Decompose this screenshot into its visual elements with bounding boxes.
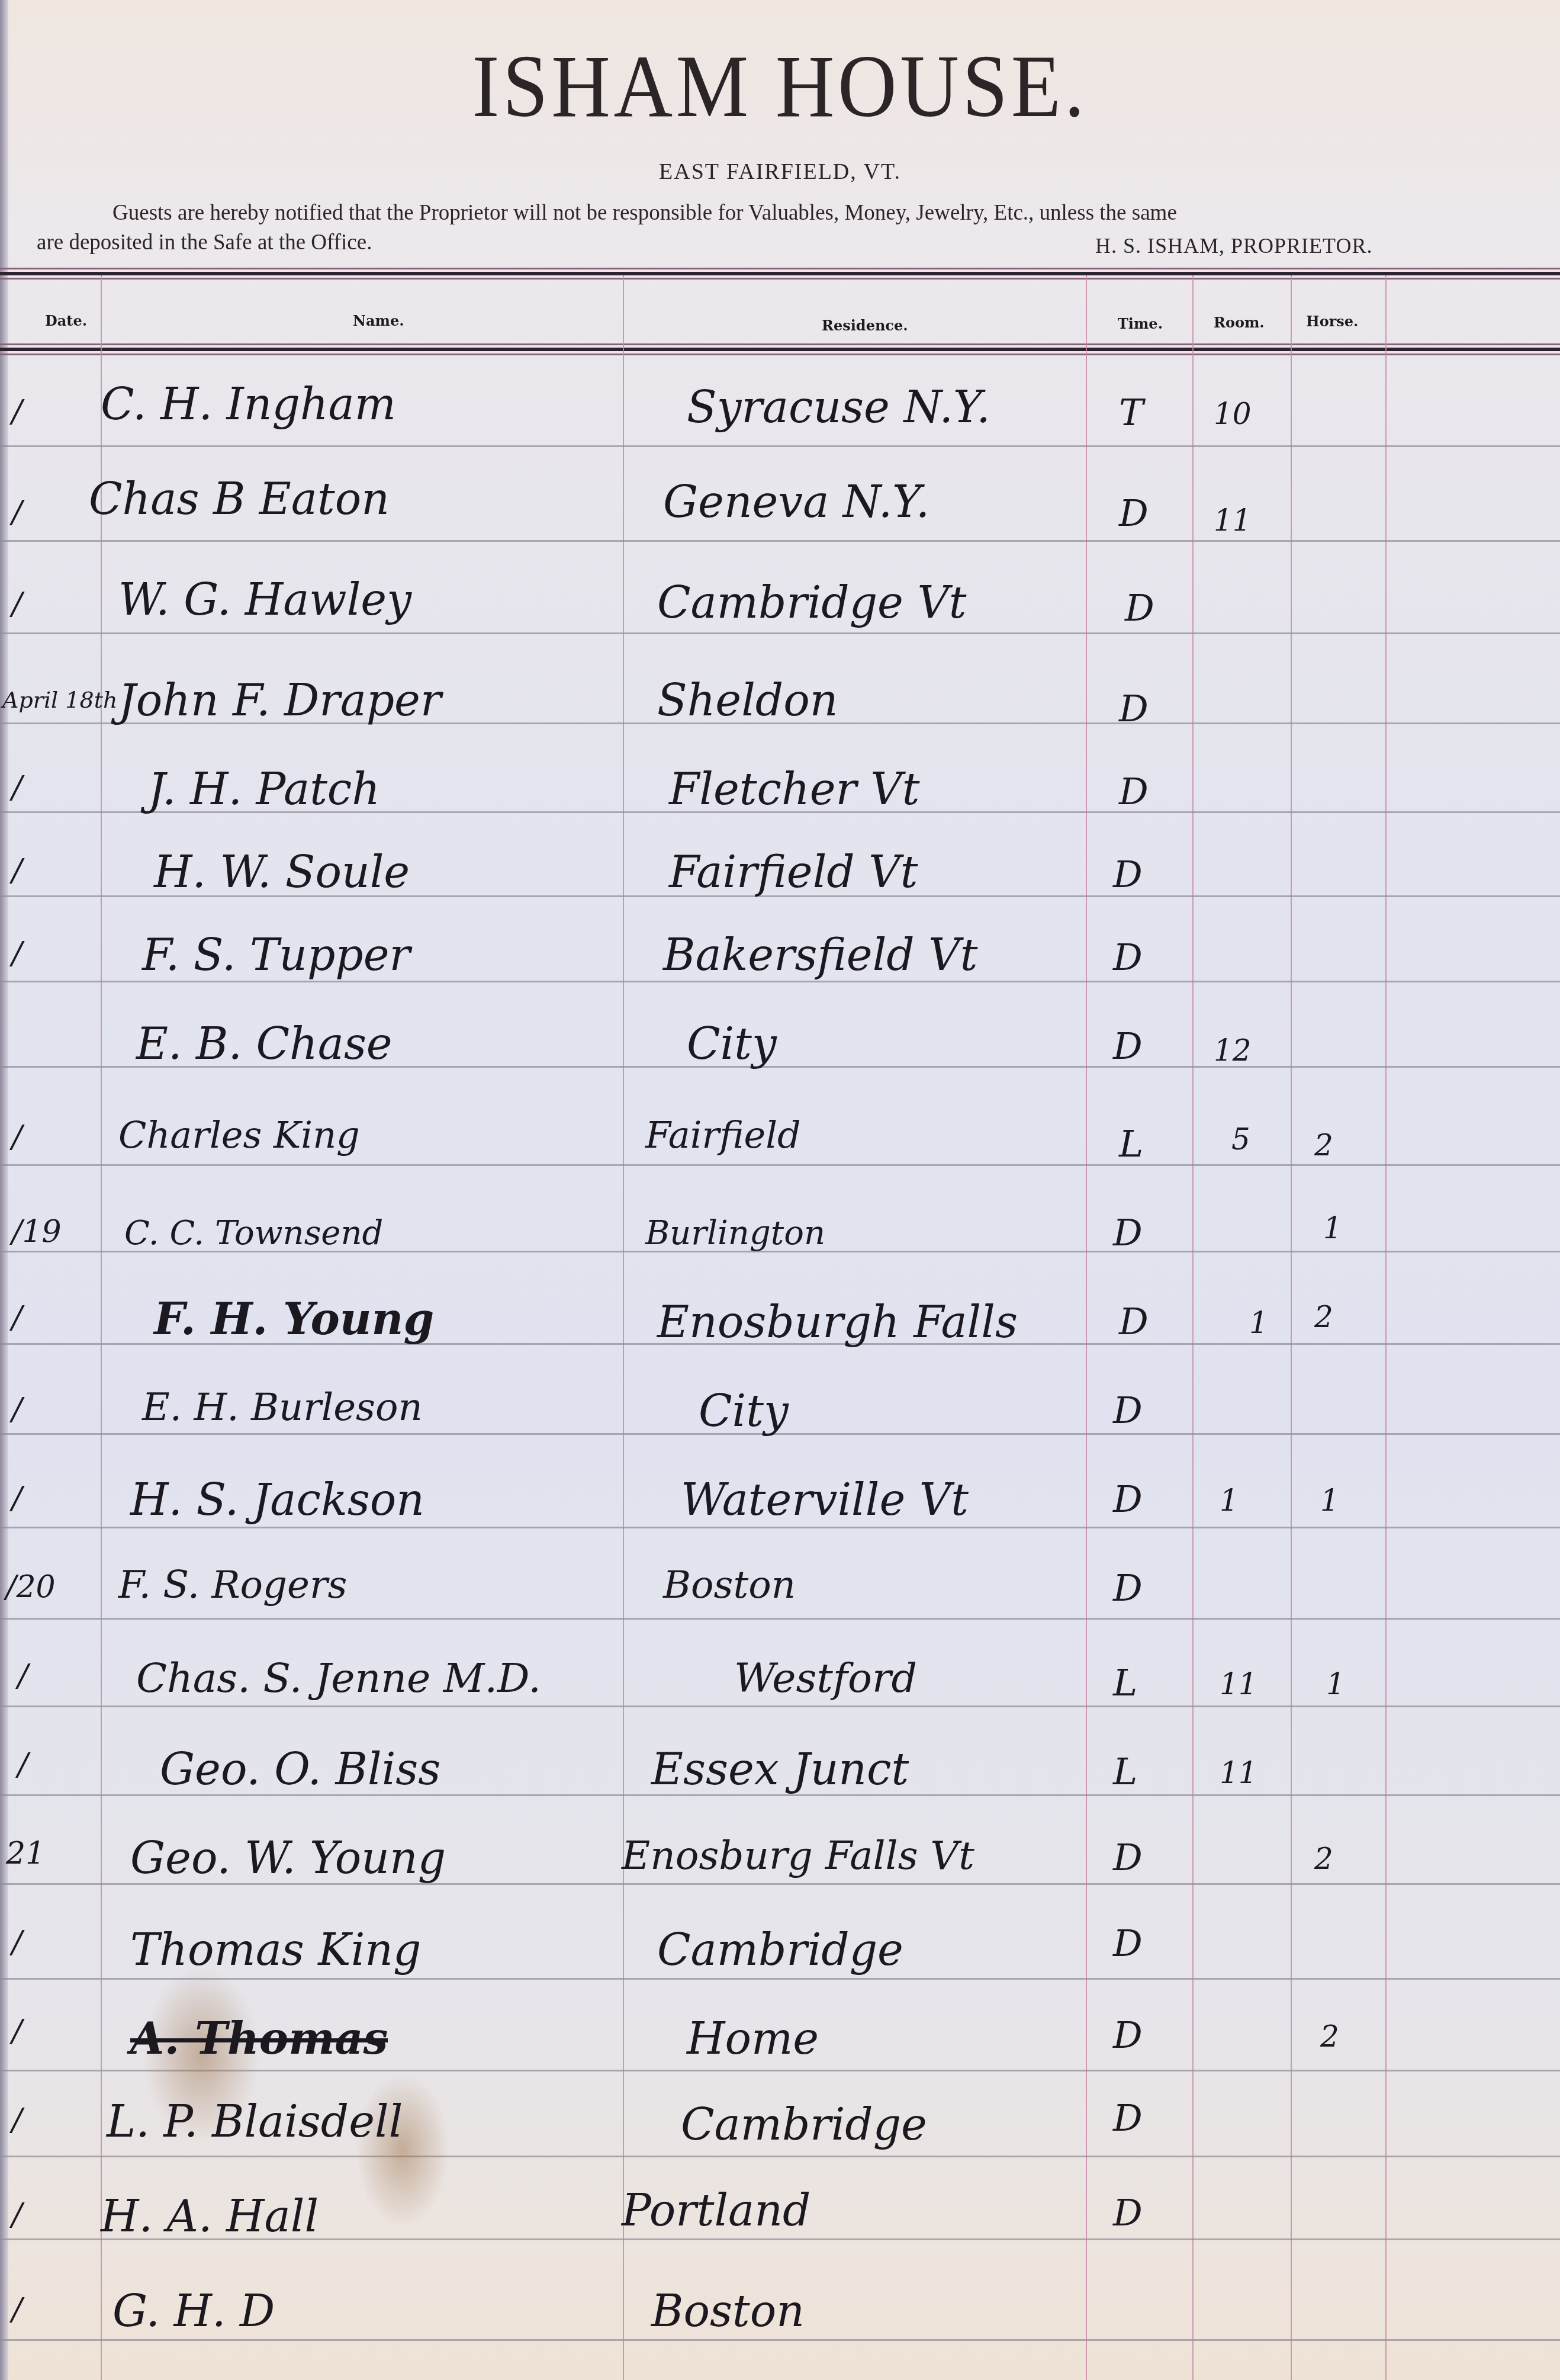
entry-name: C. H. Ingham xyxy=(101,379,396,430)
notice-line-2: are deposited in the Safe at the Office. xyxy=(37,230,372,255)
entry-date: / xyxy=(12,1119,22,1155)
column-divider xyxy=(1385,275,1387,2380)
entry-name: F. S. Rogers xyxy=(118,1563,347,1607)
entry-residence: Cambridge Vt xyxy=(657,577,967,628)
entry-residence: Cambridge xyxy=(681,2099,927,2150)
entry-time: D xyxy=(1113,1836,1143,1879)
entry-name: L. P. Blaisdell xyxy=(107,2096,403,2147)
entry-date: / xyxy=(12,2013,22,2049)
column-divider xyxy=(1291,275,1292,2380)
entry-date: / xyxy=(12,1480,22,1516)
entry-time: D xyxy=(1113,1389,1143,1432)
entry-room: 1 xyxy=(1220,1483,1239,1518)
entry-date: / xyxy=(12,1925,22,1960)
entry-time: D xyxy=(1113,1566,1143,1610)
entry-date: April 18th xyxy=(2,687,117,713)
entry-date: / xyxy=(12,853,22,888)
entry-time: D xyxy=(1113,853,1143,896)
entry-horse: 2 xyxy=(1320,2019,1339,2054)
entry-residence: Bakersfield Vt xyxy=(663,930,977,981)
entry-residence: Sheldon xyxy=(657,675,838,726)
entry-residence: Waterville Vt xyxy=(681,1475,969,1525)
entry-name: H. W. Soule xyxy=(154,847,410,898)
entry-time: D xyxy=(1113,936,1143,979)
column-header-time: Time. xyxy=(1118,315,1163,332)
water-stain xyxy=(355,2073,450,2227)
entry-name: W. G. Hawley xyxy=(118,574,411,625)
entry-time: L xyxy=(1113,1750,1137,1793)
proprietor-signature: H. S. ISHAM, PROPRIETOR. xyxy=(1095,233,1372,258)
entry-name: A. Thomas xyxy=(130,2013,388,2064)
column-header-date: Date. xyxy=(45,312,87,329)
entry-name: Chas. S. Jenne M.D. xyxy=(136,1655,541,1702)
entry-residence: Fairfield xyxy=(645,1113,801,1157)
book-binding-edge xyxy=(0,0,8,2380)
entry-residence: Geneva N.Y. xyxy=(663,477,929,528)
column-header-room: Room. xyxy=(1214,314,1265,331)
column-divider xyxy=(1192,275,1194,2380)
entry-name: Chas B Eaton xyxy=(89,474,390,525)
entry-date: / xyxy=(12,2102,22,2138)
entry-date: /19 xyxy=(12,1214,62,1250)
entry-name: E. H. Burleson xyxy=(142,1386,423,1430)
entry-name: H. A. Hall xyxy=(101,2191,319,2242)
entry-horse: 2 xyxy=(1314,1842,1333,1876)
entry-name: Geo. O. Bliss xyxy=(160,1744,440,1795)
entry-residence: City xyxy=(699,1386,789,1437)
entry-time: D xyxy=(1113,1478,1143,1521)
entry-time: D xyxy=(1113,1211,1143,1254)
column-header-residence: Residence. xyxy=(822,317,908,334)
entry-date: / xyxy=(12,1300,22,1335)
entry-date: / xyxy=(12,586,22,622)
entry-date: / xyxy=(12,494,22,530)
entry-date: / xyxy=(12,2197,22,2233)
entry-date: / xyxy=(12,936,22,971)
entry-residence: Syracuse N.Y. xyxy=(687,382,990,433)
entry-time: D xyxy=(1113,2191,1143,2234)
hotel-location: EAST FAIRFIELD, VT. xyxy=(0,159,1560,185)
entry-date: / xyxy=(12,770,22,805)
column-divider xyxy=(623,275,624,2380)
entry-time: D xyxy=(1113,2013,1143,2057)
entry-name: H. S. Jackson xyxy=(130,1475,424,1525)
entry-time: D xyxy=(1113,1024,1143,1068)
entry-horse: 1 xyxy=(1323,1211,1342,1245)
entry-residence: Cambridge xyxy=(657,1925,903,1976)
entry-residence: Boston xyxy=(651,2286,805,2337)
entry-date: / xyxy=(18,1658,28,1694)
hotel-title: ISHAM HOUSE. xyxy=(62,36,1497,137)
entry-room: 10 xyxy=(1214,397,1252,431)
entry-name: G. H. D xyxy=(112,2286,275,2337)
entry-time: L xyxy=(1119,1122,1143,1165)
entry-residence: City xyxy=(687,1019,777,1069)
entry-name: F. H. Young xyxy=(154,1294,434,1345)
register-page: ISHAM HOUSE. EAST FAIRFIELD, VT. Guests … xyxy=(0,0,1560,2380)
column-header-name: Name. xyxy=(353,312,404,329)
entry-time: L xyxy=(1113,1661,1137,1704)
entry-time: D xyxy=(1119,1300,1149,1343)
entry-residence: Fairfield Vt xyxy=(669,847,918,898)
notice-line-1: Guests are hereby notified that the Prop… xyxy=(112,200,1177,226)
entry-time: D xyxy=(1113,1922,1143,1965)
entry-name: Charles King xyxy=(118,1113,360,1157)
entry-horse: 2 xyxy=(1314,1300,1333,1334)
entry-room: 11 xyxy=(1220,1756,1257,1790)
entry-residence: Home xyxy=(687,2013,819,2064)
entry-name: C. C. Townsend xyxy=(124,1214,383,1252)
entry-room: 12 xyxy=(1214,1033,1252,1068)
entry-date: / xyxy=(12,394,22,429)
entry-time: D xyxy=(1119,687,1149,730)
entry-residence: Enosburg Falls Vt xyxy=(622,1833,974,1878)
entry-name: J. H. Patch xyxy=(148,764,380,815)
entry-residence: Enosburgh Falls xyxy=(657,1297,1018,1348)
entry-name: E. B. Chase xyxy=(136,1019,393,1069)
entry-name: John F. Draper xyxy=(118,675,441,726)
entry-name: Thomas King xyxy=(130,1925,421,1976)
column-divider xyxy=(101,275,102,2380)
entry-date: / xyxy=(18,1747,28,1782)
entry-residence: Portland xyxy=(622,2185,810,2236)
entry-time: D xyxy=(1125,586,1154,629)
entry-room: 11 xyxy=(1214,503,1252,538)
entry-date: 21 xyxy=(6,1836,45,1871)
entry-room: 1 xyxy=(1249,1306,1268,1340)
entry-residence: Fletcher Vt xyxy=(669,764,920,815)
header-top-rule xyxy=(0,268,1560,280)
entry-residence: Westford xyxy=(734,1655,917,1702)
entry-residence: Burlington xyxy=(645,1214,825,1252)
entry-horse: 2 xyxy=(1314,1128,1333,1162)
entry-time: T xyxy=(1119,391,1143,434)
entry-time: D xyxy=(1119,492,1149,535)
entry-date: / xyxy=(12,1392,22,1427)
entry-date: / xyxy=(12,2292,22,2327)
entry-date: /20 xyxy=(6,1569,56,1605)
entry-room: 5 xyxy=(1231,1122,1250,1157)
column-header-horse: Horse. xyxy=(1306,313,1358,330)
entry-time: D xyxy=(1119,770,1149,813)
entry-time: D xyxy=(1113,2096,1143,2140)
entry-name: F. S. Tupper xyxy=(142,930,410,981)
entry-room: 11 xyxy=(1220,1667,1257,1701)
entry-residence: Boston xyxy=(663,1563,796,1607)
entry-horse: 1 xyxy=(1326,1667,1345,1701)
header-bottom-rule xyxy=(0,343,1560,355)
entry-name: Geo. W. Young xyxy=(130,1833,446,1884)
entry-residence: Essex Junct xyxy=(651,1744,909,1795)
entry-horse: 1 xyxy=(1320,1483,1339,1518)
column-divider xyxy=(1086,275,1087,2380)
